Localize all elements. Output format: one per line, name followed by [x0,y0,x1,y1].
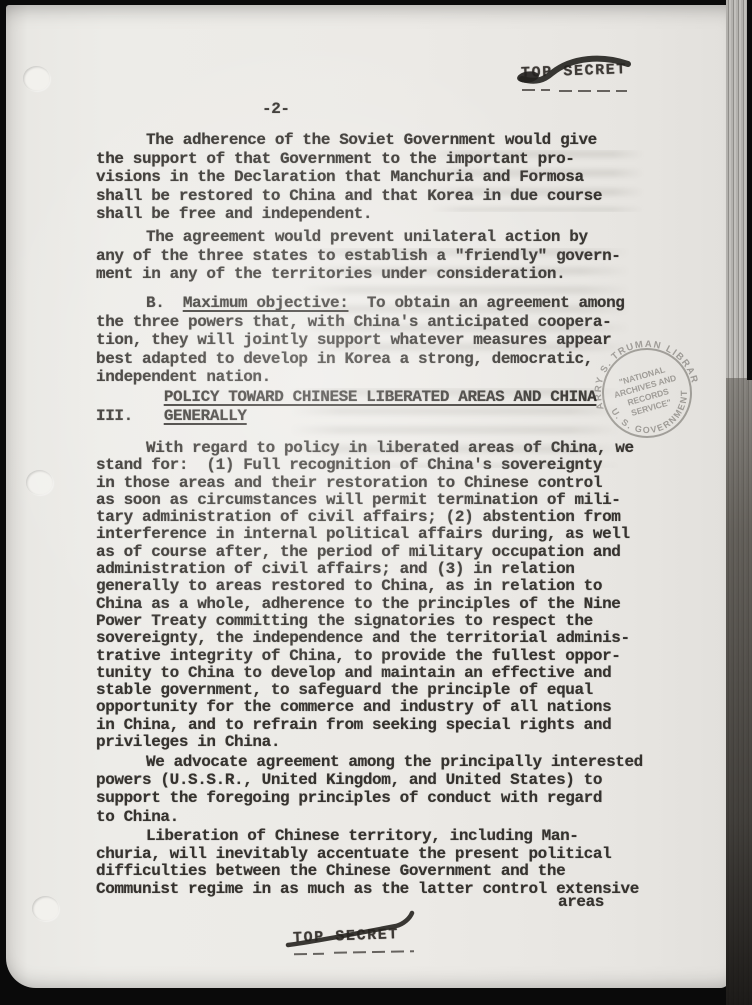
section-heading-title: POLICY TOWARD CHINESE LIBERATED AREAS AN… [164,388,596,426]
paragraph-advocate-agreement: We advocate agreement among the principa… [96,753,696,826]
paragraph-soviet-adherence: The adherence of the Soviet Government w… [96,131,696,224]
strikethrough-mark [284,908,424,953]
book-page-edges-shadow [726,378,752,1005]
hole-punch [32,896,59,921]
section-numeral: III. [96,407,133,425]
section-b-label: B. [146,294,183,312]
paragraph-agreement-unilateral: The agreement would prevent unilateral a… [96,228,696,284]
strikethrough-mark [514,52,634,92]
scan-edge [747,0,752,380]
catchword: areas [558,893,604,911]
maximum-objective-underlined: Maximum objective: [183,294,349,312]
page-number: -2- [262,100,290,118]
scanned-document-page: TOP SECRET -2- The adherence of the Sovi… [0,0,752,1005]
paragraph-liberated-areas-policy: With regard to policy in liberated areas… [96,440,696,751]
hole-punch [26,470,53,495]
paragraph-liberation-difficulties: Liberation of Chinese territory, includi… [96,828,696,898]
section-heading-iii: III.POLICY TOWARD CHINESE LIBERATED AREA… [96,388,596,426]
hole-punch [23,66,50,91]
